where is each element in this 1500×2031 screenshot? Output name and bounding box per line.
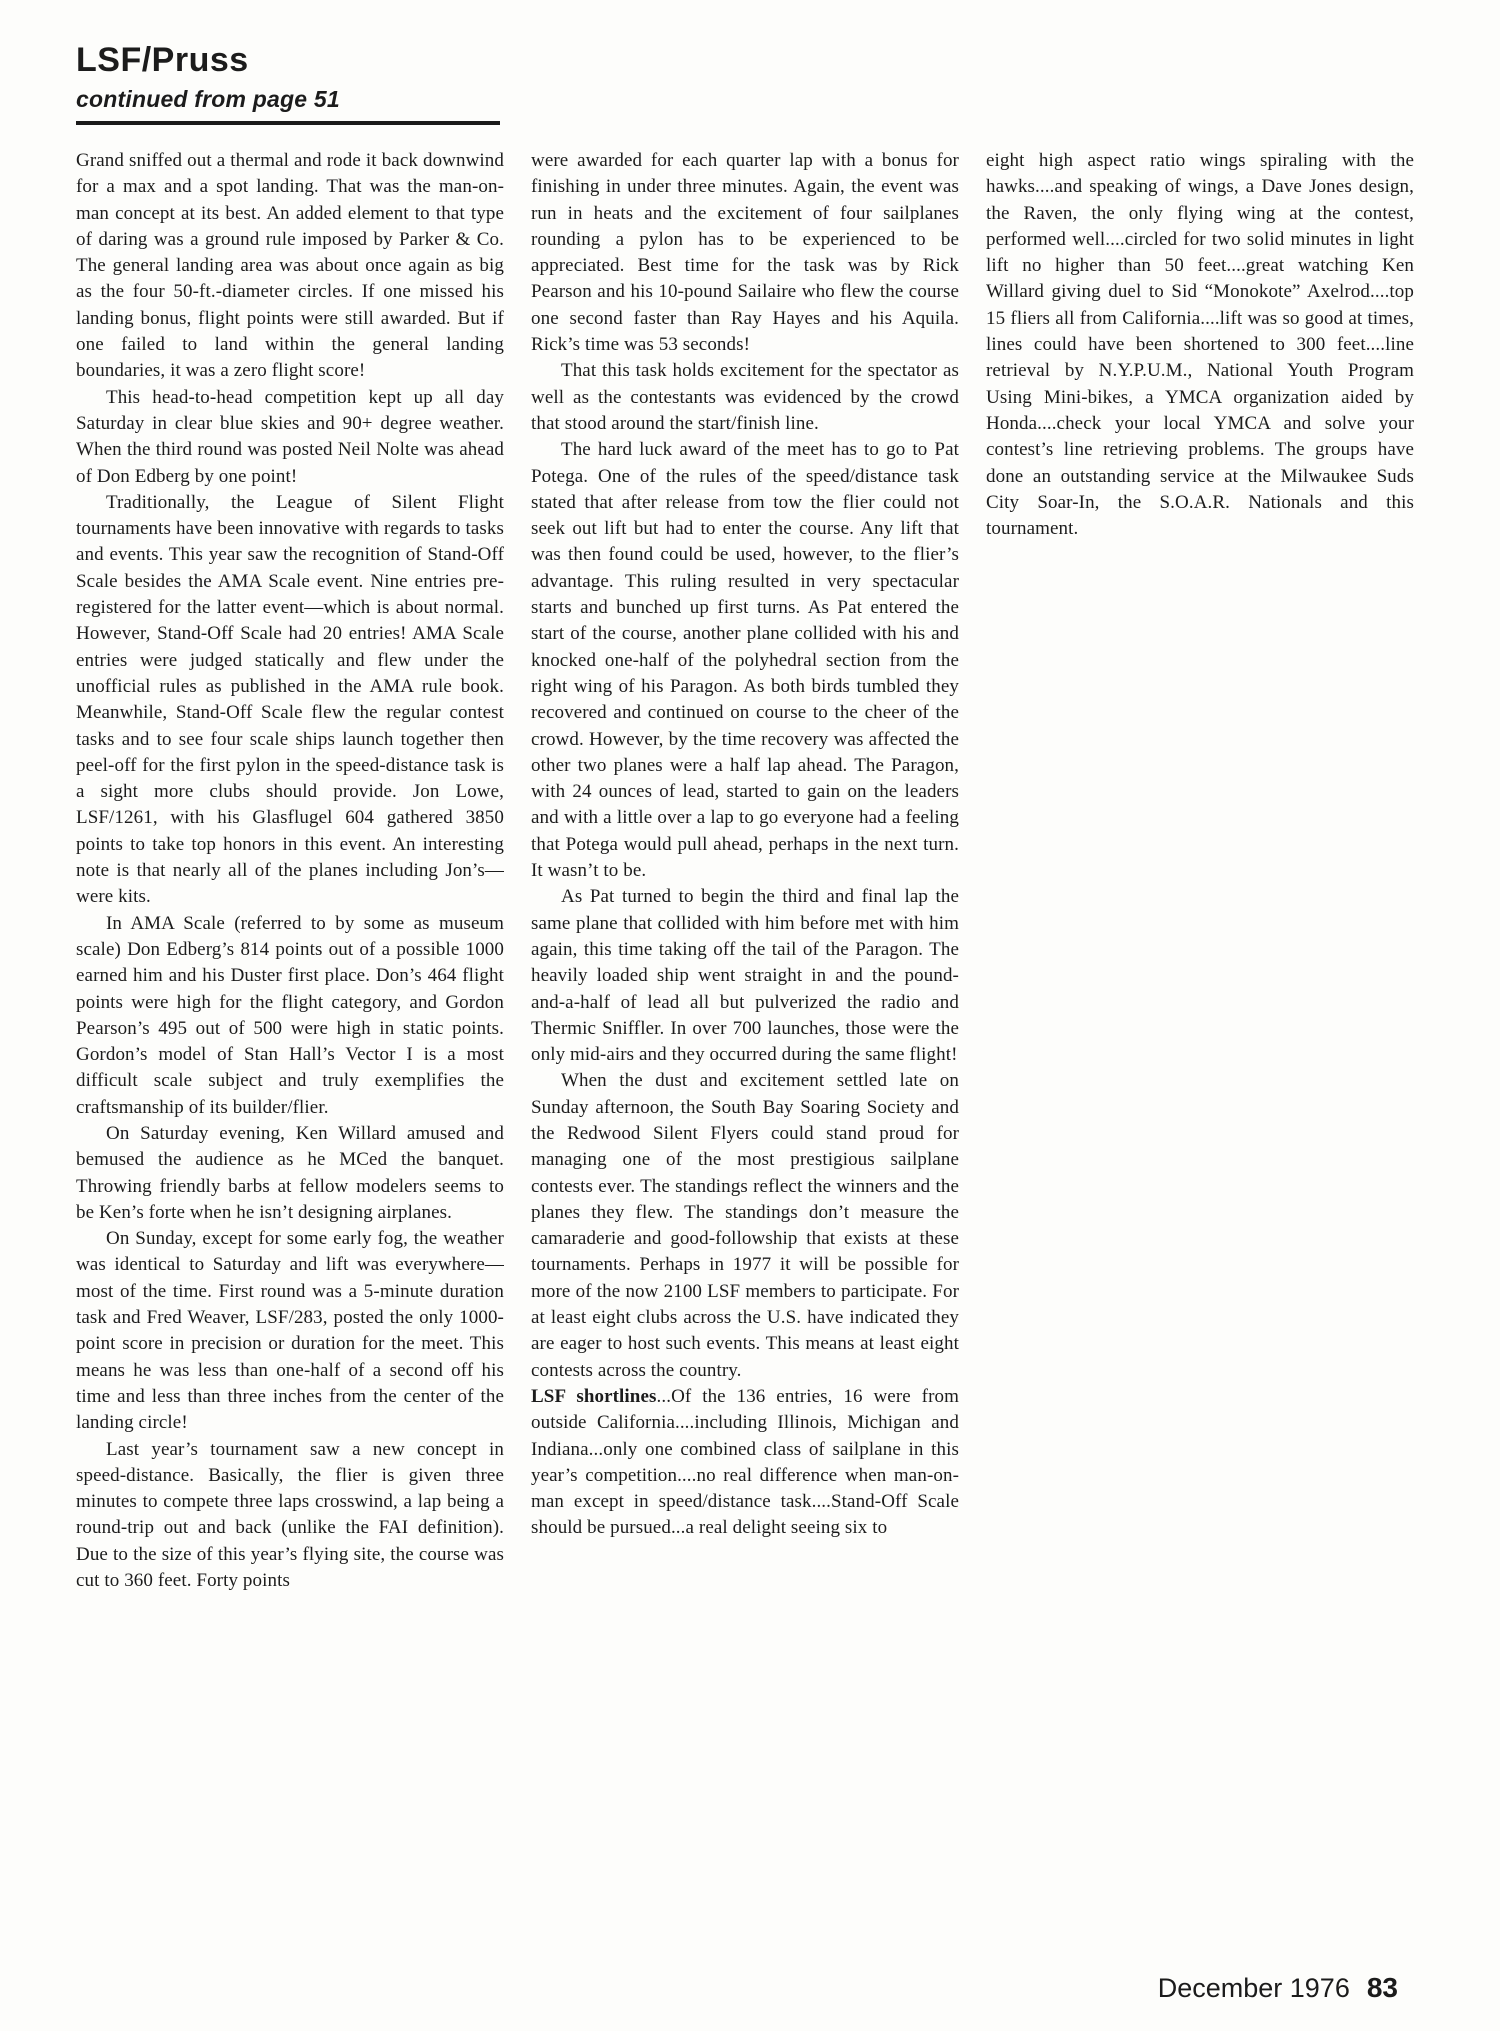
continuation-note: continued from page 51 [76, 86, 506, 113]
paragraph: As Pat turned to begin the third and fin… [531, 884, 959, 1068]
paragraph: Traditionally, the League of Silent Flig… [76, 490, 504, 911]
paragraph: On Saturday evening, Ken Willard amused … [76, 1121, 504, 1226]
text-column-3: eight high aspect ratio wings spiraling … [986, 148, 1414, 1594]
issue-date: December 1976 [1158, 1973, 1350, 2003]
page-number: 83 [1367, 1972, 1398, 2003]
paragraph: This head-to-head competition kept up al… [76, 385, 504, 490]
paragraph: The hard luck award of the meet has to g… [531, 437, 959, 884]
paragraph: LSF shortlines...Of the 136 entries, 16 … [531, 1384, 959, 1542]
page-footer: December 197683 [1158, 1972, 1398, 2004]
text-column-1: Grand sniffed out a thermal and rode it … [76, 148, 504, 1594]
text-column-2: were awarded for each quarter lap with a… [531, 148, 959, 1594]
paragraph: When the dust and excitement settled lat… [531, 1068, 959, 1384]
magazine-page: LSF/Pruss continued from page 51 Grand s… [0, 0, 1500, 2031]
paragraph: Last year’s tournament saw a new concept… [76, 1437, 504, 1595]
paragraph: eight high aspect ratio wings spiraling … [986, 148, 1414, 542]
article-title: LSF/Pruss [76, 42, 506, 79]
paragraph: were awarded for each quarter lap with a… [531, 148, 959, 358]
paragraph-bold-lead: LSF shortlines [531, 1386, 657, 1407]
paragraph: On Sunday, except for some early fog, th… [76, 1226, 504, 1436]
article-header: LSF/Pruss continued from page 51 [76, 42, 506, 125]
paragraph: In AMA Scale (referred to by some as mus… [76, 911, 504, 1121]
title-rule [76, 121, 500, 125]
paragraph: That this task holds excitement for the … [531, 358, 959, 437]
paragraph: Grand sniffed out a thermal and rode it … [76, 148, 504, 385]
article-body: Grand sniffed out a thermal and rode it … [76, 148, 1414, 1594]
